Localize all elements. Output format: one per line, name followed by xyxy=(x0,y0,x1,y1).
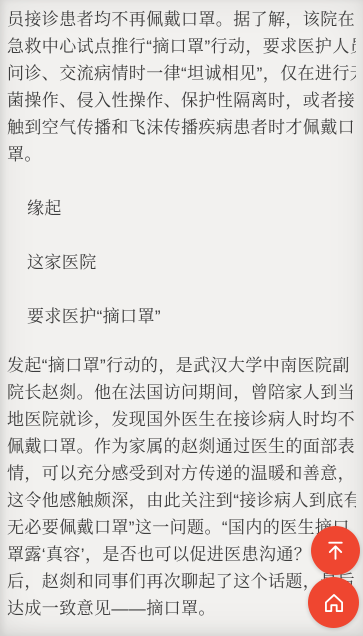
paragraph-top: 员接诊患者均不再佩戴口罩。据了解，该院在 急救中心试点推行“摘口罩”行动，要求医… xyxy=(7,6,356,168)
text-line: 无必要佩戴口罩”这一问题。“国内的医生摘口 xyxy=(7,514,356,541)
home-button[interactable] xyxy=(308,577,359,628)
text-line: 发起“摘口罩”行动的，是武汉大学中南医院副 xyxy=(7,352,356,379)
text-line: 员接诊患者均不再佩戴口罩。据了解，该院在 xyxy=(7,6,356,33)
text-line: 后，赵剡和同事们再次聊起了这个话题，最后 xyxy=(7,568,356,595)
text-line: 急救中心试点推行“摘口罩”行动，要求医护人员 xyxy=(7,33,356,60)
section-heading-origin: 缘起 xyxy=(7,195,356,222)
text-line: 罩露‘真容’，是否也可以促进医患沟通？”回国之 xyxy=(7,541,356,568)
text-line: 这令他感触颇深，由此关注到“接诊病人到底有 xyxy=(7,487,356,514)
section-heading-remove-mask: 要求医护“摘口罩” xyxy=(7,303,356,330)
text-line: 罩。 xyxy=(7,141,356,168)
text-line: 院长赵剡。他在法国访问期间，曾陪家人到当 xyxy=(7,379,356,406)
back-to-top-button[interactable] xyxy=(311,526,360,575)
text-line: 触到空气传播和飞沫传播疾病患者时才佩戴口 xyxy=(7,114,356,141)
text-line: 佩戴口罩。作为家属的赵剡通过医生的面部表 xyxy=(7,433,356,460)
reader-page: 员接诊患者均不再佩戴口罩。据了解，该院在 急救中心试点推行“摘口罩”行动，要求医… xyxy=(0,0,363,636)
text-line: 情，可以充分感受到对方传递的温暖和善意， xyxy=(7,460,356,487)
text-line: 菌操作、侵入性操作、保护性隔离时，或者接 xyxy=(7,87,356,114)
paragraph-body: 发起“摘口罩”行动的，是武汉大学中南医院副 院长赵剡。他在法国访问期间，曾陪家人… xyxy=(7,352,356,622)
article-text: 员接诊患者均不再佩戴口罩。据了解，该院在 急救中心试点推行“摘口罩”行动，要求医… xyxy=(0,0,363,636)
home-icon xyxy=(320,589,348,617)
section-heading-this-hospital: 这家医院 xyxy=(7,249,356,276)
text-line: 问诊、交流病情时一律“坦诚相见”，仅在进行无 xyxy=(7,60,356,87)
back-to-top-icon xyxy=(322,537,349,564)
text-line: 地医院就诊，发现国外医生在接诊病人时均不 xyxy=(7,406,356,433)
text-line: 达成一致意见——摘口罩。 xyxy=(7,595,356,622)
